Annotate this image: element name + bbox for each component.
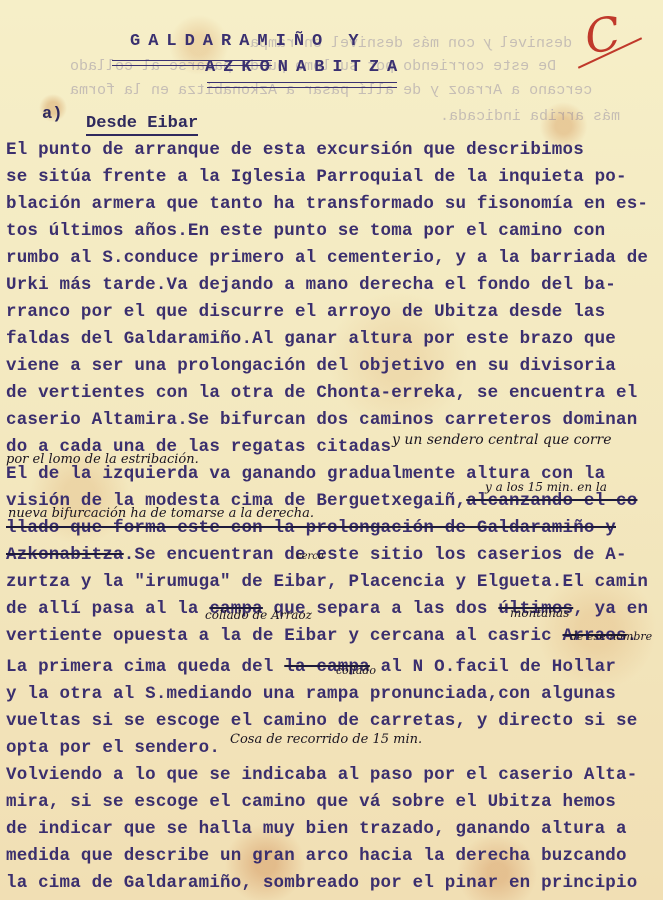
text-line: de indicar que se halla muy bien trazado… <box>6 819 661 839</box>
text-line: y la otra al S.mediando una rampa pronun… <box>6 684 661 704</box>
text-line: mira, si se escoge el camino que vá sobr… <box>6 792 661 812</box>
handwritten-annotation: montañas <box>510 606 569 620</box>
struck-text: alcanzando el co <box>466 491 637 511</box>
line-text: Urki más tarde.Va dejando a mano derecha… <box>6 275 616 295</box>
line-text: zurtza y la "irumuga" de Eibar, Placenci… <box>6 572 648 592</box>
line-text: al N O.facil de Hollar <box>370 657 616 677</box>
line-text: El punto de arranque de esta excursión q… <box>6 140 584 160</box>
line-text: de vertientes con la otra de Chonta-erre… <box>6 383 637 403</box>
struck-text: Azkonabitza <box>6 545 124 565</box>
text-line: Urki más tarde.Va dejando a mano derecha… <box>6 275 661 295</box>
title-line-2: AZKONABITZA <box>205 58 405 77</box>
line-text: viene a ser una prolongación del objetiv… <box>6 356 616 376</box>
handwritten-annotation: nueva bifurcación ha de tomarse a la der… <box>8 506 314 521</box>
line-text: faldas del Galdaramiño.Al ganar altura p… <box>6 329 616 349</box>
line-text: de allí pasa al la <box>6 599 209 619</box>
line-text: vueltas si se escoge el camino de carret… <box>6 711 637 731</box>
title-underline <box>207 82 397 88</box>
text-line: Azkonabitza.Se encuentran de este sitio … <box>6 545 661 565</box>
line-text: caserio Altamira.Se bifurcan dos caminos… <box>6 410 637 430</box>
text-line: El punto de arranque de esta excursión q… <box>6 140 661 160</box>
line-text: rranco por el que discurre el arroyo de … <box>6 302 605 322</box>
line-text: .Se encuentran de este sitio los caserio… <box>124 545 627 565</box>
text-line: zurtza y la "irumuga" de Eibar, Placenci… <box>6 572 661 592</box>
document-page: desnivel 𝑦 con más desnivel en rampa De … <box>0 0 663 900</box>
section-letter: a) <box>42 105 62 124</box>
line-text: rumbo al S.conduce primero al cementerio… <box>6 248 648 268</box>
handwritten-annotation: Cosa de recorrido de 15 min. <box>230 732 422 747</box>
line-text: la cima de Galdaramiño, sombreado por el… <box>6 873 637 893</box>
text-line: medida que describe un gran arco hacia l… <box>6 846 661 866</box>
section-title: Desde Eibar <box>86 114 198 136</box>
line-text: y la otra al S.mediando una rampa pronun… <box>6 684 616 704</box>
text-line: vertiente opuesta a la de Eibar y cercan… <box>6 626 661 646</box>
line-text: tos últimos años.En este punto se toma p… <box>6 221 605 241</box>
line-text: de indicar que se halla muy bien trazado… <box>6 819 627 839</box>
handwritten-annotation: collado <box>336 664 376 677</box>
handwritten-annotation: cerca <box>296 551 324 562</box>
handwritten-annotation: collado de Arraoz <box>205 608 312 622</box>
text-line: viene a ser una prolongación del objetiv… <box>6 356 661 376</box>
title-line-1: GALDARAMIÑO Y <box>130 32 367 51</box>
line-text: La primera cima queda del <box>6 657 284 677</box>
text-line: rranco por el que discurre el arroyo de … <box>6 302 661 322</box>
line-text: medida que describe un gran arco hacia l… <box>6 846 627 866</box>
text-line: de vertientes con la otra de Chonta-erre… <box>6 383 661 403</box>
text-line: blación armera que tanto ha transformado… <box>6 194 661 214</box>
text-line: Volviendo a lo que se indicaba al paso p… <box>6 765 661 785</box>
line-text: mira, si se escoge el camino que vá sobr… <box>6 792 616 812</box>
text-line: se sitúa frente a la Iglesia Parroquial … <box>6 167 661 187</box>
line-text: se sitúa frente a la Iglesia Parroquial … <box>6 167 627 187</box>
bleed-through-line: más arriba indicada. <box>440 108 620 125</box>
handwritten-annotation: de ese nombre <box>570 630 652 643</box>
text-line: La primera cima queda del la campa al N … <box>6 657 661 677</box>
text-line: tos últimos años.En este punto se toma p… <box>6 221 661 241</box>
text-line: rumbo al S.conduce primero al cementerio… <box>6 248 661 268</box>
line-text: opta por el sendero. <box>6 738 220 758</box>
text-line: llado que forma este con la prolongación… <box>6 518 661 538</box>
line-text: , ya en <box>573 599 648 619</box>
handwritten-annotation: y a los 15 min. en la <box>485 480 607 494</box>
text-line: faldas del Galdaramiño.Al ganar altura p… <box>6 329 661 349</box>
line-text: blación armera que tanto ha transformado… <box>6 194 648 214</box>
line-text: Volviendo a lo que se indicaba al paso p… <box>6 765 637 785</box>
handwritten-annotation: y un sendero central que corre <box>392 432 612 448</box>
text-line: vueltas si se escoge el camino de carret… <box>6 711 661 731</box>
handwritten-annotation: por el lomo de la estribación. <box>6 452 199 467</box>
struck-text: llado que forma este con la prolongación… <box>6 518 616 538</box>
text-line: caserio Altamira.Se bifurcan dos caminos… <box>6 410 661 430</box>
line-text: vertiente opuesta a la de Eibar y cercan… <box>6 626 563 646</box>
text-line: la cima de Galdaramiño, sombreado por el… <box>6 873 661 893</box>
